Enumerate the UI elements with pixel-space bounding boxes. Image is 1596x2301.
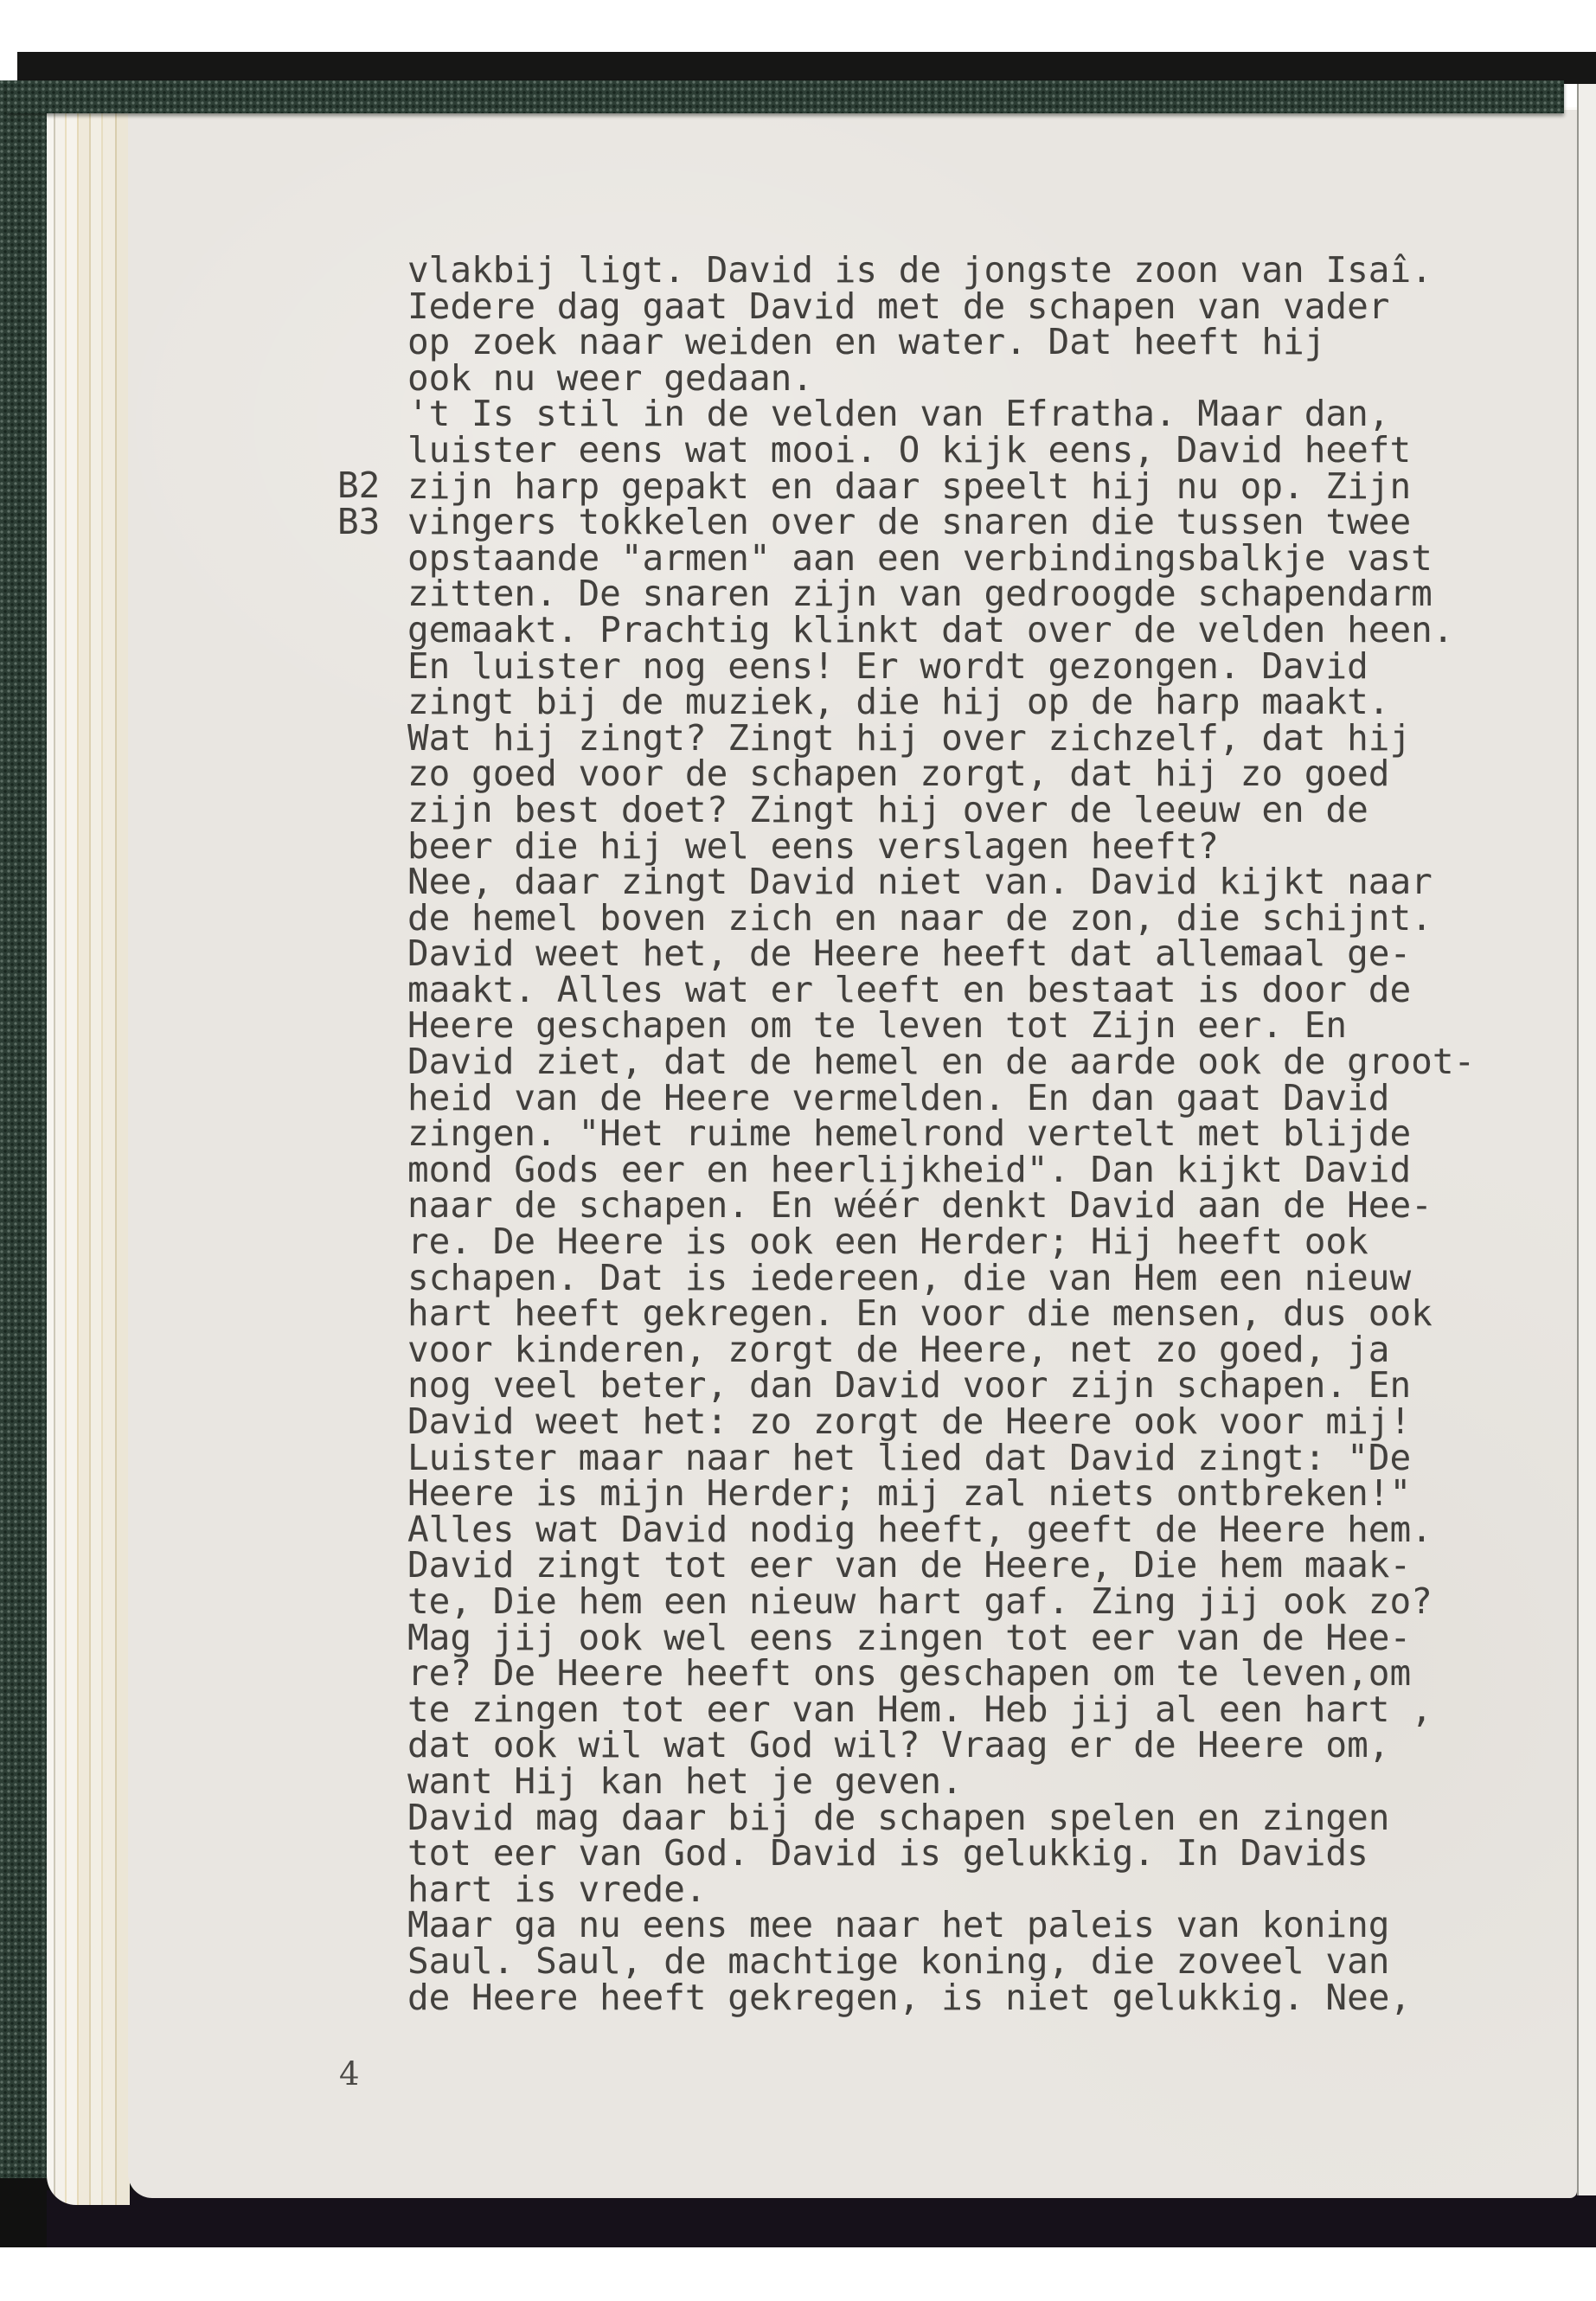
- book-cover-top-cloth: [7, 80, 1564, 113]
- page-number: 4: [339, 2055, 360, 2093]
- next-page-edge: [1577, 76, 1596, 2195]
- scan-bottom-margin: [0, 2247, 1596, 2301]
- page-stack-edges: [47, 106, 130, 2205]
- margin-labels-b2-b3: B2 B3: [337, 468, 380, 540]
- book-cover-top-black-edge: [17, 52, 1596, 84]
- margin-label-b3: B3: [337, 501, 380, 542]
- book-cover-bottom-shadow: [47, 2190, 1596, 2247]
- book-cover-left-cloth: [0, 80, 47, 2178]
- body-text: vlakbij ligt. David is de jongste zoon v…: [407, 253, 1475, 2016]
- book-scan: { "page": { "number": "4", "margin_label…: [0, 0, 1596, 2301]
